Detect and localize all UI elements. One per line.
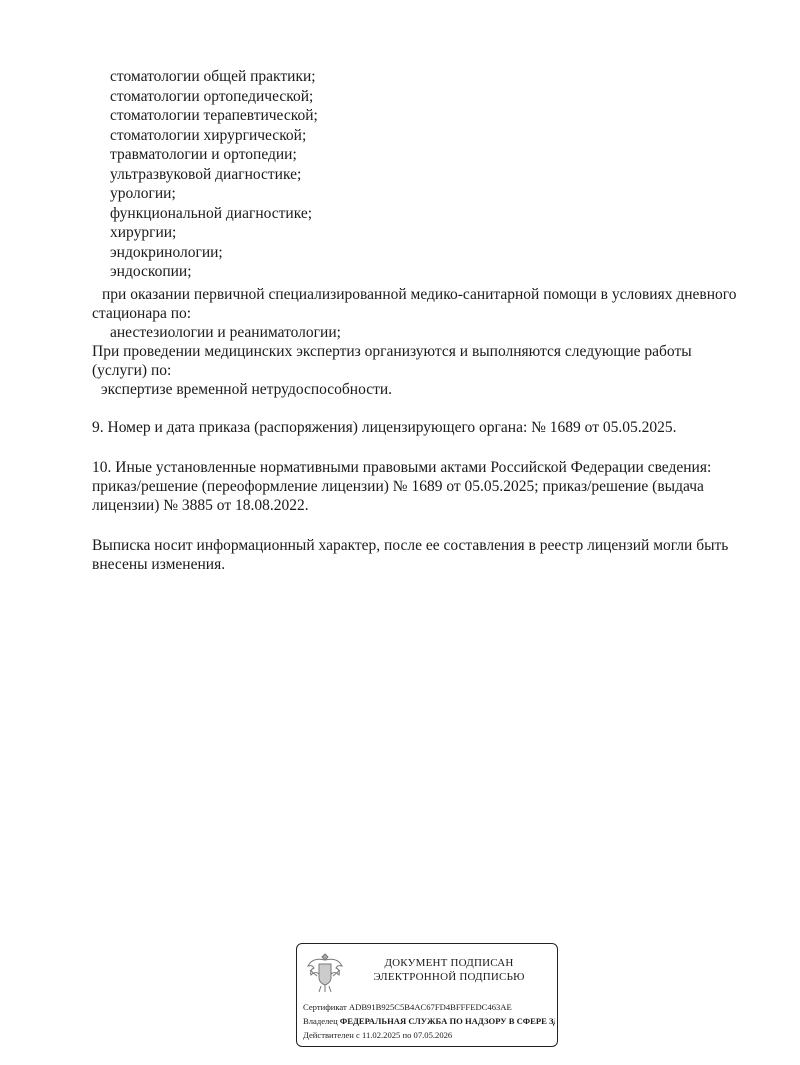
validity-row: Действителен с 11.02.2025 по 07.05.2026 bbox=[303, 1030, 555, 1041]
stamp-title-line1: ДОКУМЕНТ ПОДПИСАН bbox=[349, 956, 549, 970]
specialty-list-item: стоматологии общей практики; bbox=[110, 67, 316, 87]
expertise-item: экспертизе временной нетрудоспособности. bbox=[101, 380, 392, 400]
section-9: 9. Номер и дата приказа (распоряжения) л… bbox=[92, 418, 677, 438]
owner-value: ФЕДЕРАЛЬНАЯ СЛУЖБА ПО НАДЗОРУ В СФЕРЕ ЗД… bbox=[340, 1016, 555, 1026]
owner-label: Владелец bbox=[303, 1016, 338, 1026]
specialty-list-item: хирургии; bbox=[110, 223, 176, 243]
specialty-list-item: стоматологии терапевтической; bbox=[110, 106, 318, 126]
disclaimer-line2: внесены изменения. bbox=[92, 555, 225, 575]
expertise-heading-cont: (услуги) по: bbox=[92, 361, 171, 381]
day-hospital-heading: при оказании первичной специализированно… bbox=[102, 285, 736, 305]
section-10-line2: приказ/решение (переоформление лицензии)… bbox=[92, 477, 704, 497]
russian-coat-of-arms-icon bbox=[305, 950, 345, 994]
specialty-list-item: ультразвуковой диагностике; bbox=[110, 165, 301, 185]
specialty-list-item: эндокринологии; bbox=[110, 243, 223, 263]
electronic-signature-stamp: ДОКУМЕНТ ПОДПИСАН ЭЛЕКТРОННОЙ ПОДПИСЬЮ С… bbox=[296, 943, 558, 1047]
certificate-label: Сертификат bbox=[303, 1002, 347, 1012]
owner-row: Владелец ФЕДЕРАЛЬНАЯ СЛУЖБА ПО НАДЗОРУ В… bbox=[303, 1016, 555, 1027]
certificate-value: ADB91B925C5B4AC67FD4BFFFEDC463AE bbox=[349, 1002, 512, 1012]
expertise-heading: При проведении медицинских экспертиз орг… bbox=[92, 342, 692, 362]
stamp-title-line2: ЭЛЕКТРОННОЙ ПОДПИСЬЮ bbox=[349, 970, 549, 984]
specialty-list-item: урологии; bbox=[110, 184, 176, 204]
certificate-row: Сертификат ADB91B925C5B4AC67FD4BFFFEDC46… bbox=[303, 1002, 555, 1013]
specialty-list-item: стоматологии ортопедической; bbox=[110, 87, 313, 107]
day-hospital-item: анестезиологии и реаниматологии; bbox=[110, 323, 341, 343]
specialty-list-item: стоматологии хирургической; bbox=[110, 126, 306, 146]
specialty-list-item: травматологии и ортопедии; bbox=[110, 145, 297, 165]
section-10-line3: лицензии) № 3885 от 18.08.2022. bbox=[92, 496, 309, 516]
day-hospital-heading-cont: стационара по: bbox=[92, 304, 191, 324]
disclaimer-line1: Выписка носит информационный характер, п… bbox=[92, 536, 728, 556]
specialty-list-item: функциональной диагностике; bbox=[110, 204, 312, 224]
specialty-list-item: эндоскопии; bbox=[110, 262, 192, 282]
stamp-title: ДОКУМЕНТ ПОДПИСАН ЭЛЕКТРОННОЙ ПОДПИСЬЮ bbox=[349, 956, 549, 984]
section-10-line1: 10. Иные установленные нормативными прав… bbox=[92, 458, 711, 478]
